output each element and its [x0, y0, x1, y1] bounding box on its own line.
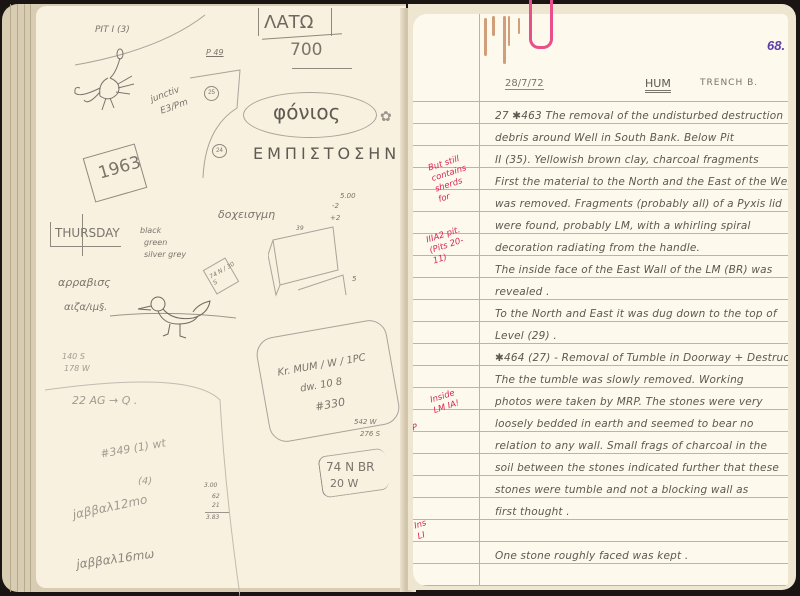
entry-line: debris around Well in South Bank. Below … — [495, 132, 734, 144]
ruled-line — [413, 211, 788, 212]
ruled-line — [413, 497, 788, 498]
entry-line: The the tumble was slowly removed. Worki… — [495, 374, 744, 386]
ruled-line — [413, 387, 788, 388]
page-edge — [17, 4, 18, 592]
scribble-2: αιζα/ιμ§. — [64, 302, 107, 313]
sum-total: 3.83 — [206, 514, 219, 521]
page-edge — [30, 4, 31, 592]
entry-line: First the material to the North and the … — [495, 176, 788, 188]
entry-line: photos were taken by MRP. The stones wer… — [495, 396, 763, 408]
find-number-sub: (4) — [138, 476, 152, 487]
ruled-line — [413, 321, 788, 322]
ruled-line — [413, 101, 788, 102]
margin-note-pit: IIIA2 pit. (Pits 20-11) — [425, 222, 477, 267]
entry-line: To the North and East it was dug down to… — [495, 308, 777, 320]
fraction-top: 5.00 — [340, 192, 356, 200]
ruled-line — [413, 475, 788, 476]
lato-text: ΛΑΤΩ — [264, 12, 313, 33]
ruled-line — [413, 409, 788, 410]
entry-line: Level (29) . — [495, 330, 557, 342]
fraction-mid: -2 — [332, 202, 339, 210]
sum-divider — [205, 512, 229, 513]
dim-39: 39 — [296, 225, 304, 232]
phonios-word: φόνιος — [273, 100, 340, 124]
lato-number: 700 — [290, 40, 322, 60]
page-edge — [10, 4, 11, 592]
page-ref: P 49 — [206, 48, 224, 57]
divider — [292, 68, 352, 69]
margin-note-inside-lm: Inside LM IA! — [429, 385, 468, 416]
sum-line-1: 3.00 — [204, 482, 217, 489]
page-number: 68. — [767, 38, 785, 53]
circle-25: 25 — [204, 86, 219, 101]
entry-line: II (35). Yellowish brown clay, charcoal … — [495, 154, 759, 166]
flower-doodle-icon: ✿ — [380, 108, 392, 125]
entry-line: was removed. Fragments (probably all) of… — [495, 198, 782, 210]
thursday-text: THURSDAY — [55, 226, 120, 240]
duck-drawing-icon — [108, 296, 238, 348]
ruled-line — [413, 431, 788, 432]
ruled-line — [413, 299, 788, 300]
entry-line: soil between the stones indicated furthe… — [495, 462, 779, 474]
ruled-line — [413, 541, 788, 542]
color-note-silver: silver grey — [144, 250, 186, 259]
rust-stain — [484, 18, 487, 56]
ruled-line — [413, 563, 788, 564]
right-page: 68. 28/7/72 HUM TRENCH B. 27 ✱463 The re… — [413, 14, 788, 586]
color-note-green: green — [144, 238, 167, 247]
rust-stain — [503, 16, 506, 64]
ruled-line — [413, 453, 788, 454]
coordinates-line-1: 74 N BR — [326, 460, 374, 474]
entry-line: stones were tumble and not a blocking wa… — [495, 484, 748, 496]
greek-word: δοχεισγμη — [218, 208, 275, 221]
sum-line-3: 21 — [212, 502, 220, 509]
entry-line: The inside face of the East Wall of the … — [495, 264, 772, 276]
entry-line: 27 ✱463 The removal of the undisturbed d… — [495, 110, 783, 122]
entry-line: relation to any wall. Small frags of cha… — [495, 440, 767, 452]
fraction-bot: +2 — [330, 214, 340, 222]
circle-24: 24 — [212, 144, 227, 158]
coords-1: 140 S — [62, 352, 85, 361]
entry-date: 28/7/72 — [505, 78, 544, 90]
rust-stain — [518, 18, 520, 34]
ruled-line — [413, 519, 788, 520]
empistosyni-word: ΕΜΠΙΣΤΟΣΗΝ — [253, 144, 400, 163]
rust-stain — [508, 16, 510, 46]
coords-3: 542 W — [354, 418, 377, 426]
page-edge — [24, 4, 25, 592]
site-code: HUM — [645, 77, 671, 93]
margin-note-p: P — [413, 422, 419, 434]
ruled-line — [413, 585, 788, 586]
margin-line — [479, 14, 480, 586]
coords-4: 276 S — [360, 430, 380, 438]
entry-line: were found, probably LM, with a whirling… — [495, 220, 751, 232]
entry-line: loosely bedded in earth and seemed to be… — [495, 418, 754, 430]
ruled-line — [413, 343, 788, 344]
entry-line: revealed . — [495, 286, 550, 298]
margin-note-ins: Ins LI — [413, 516, 437, 542]
ruled-line — [413, 365, 788, 366]
ruled-line — [413, 277, 788, 278]
coordinates-line-2: 20 W — [330, 477, 358, 490]
ruled-line — [413, 123, 788, 124]
pit-label: PIT I (3) — [95, 25, 130, 35]
trench-label: TRENCH B. — [700, 78, 758, 88]
entry-line: ✱464 (27) - Removal of Tumble in Doorway… — [495, 352, 788, 364]
scribble-1: αρραβισς — [58, 276, 111, 289]
color-note-black: black — [140, 226, 161, 235]
ruled-line — [413, 145, 788, 146]
entry-line: first thought . — [495, 506, 570, 518]
entry-line: decoration radiating from the handle. — [495, 242, 700, 254]
sum-line-2: 62 — [212, 493, 220, 500]
dim-5: 5 — [352, 275, 356, 283]
entry-line: One stone roughly faced was kept . — [495, 550, 688, 562]
paper-clip-icon — [529, 0, 553, 49]
rust-stain — [492, 16, 495, 36]
box-sketch — [268, 225, 358, 305]
scorpion-drawing-icon — [70, 48, 140, 118]
ag-note: 22 AG → Q . — [72, 394, 137, 407]
margin-note-sherds: But still contains sherds for — [427, 152, 479, 206]
